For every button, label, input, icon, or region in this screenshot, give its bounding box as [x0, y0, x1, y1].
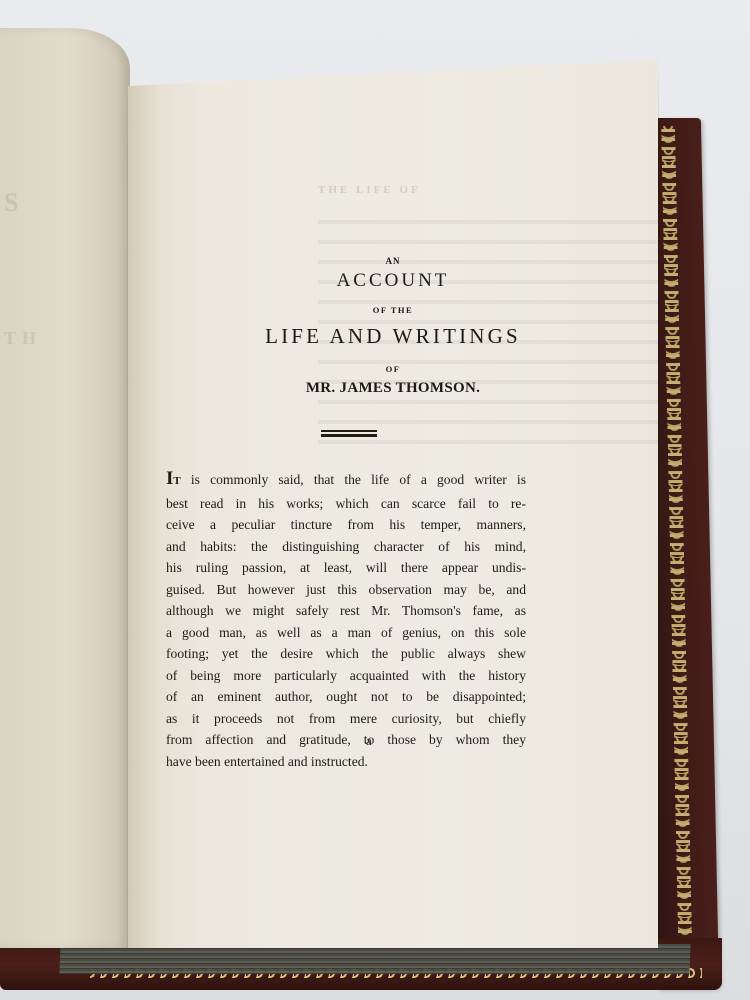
text-line: of an eminent author, ought not to be di… — [166, 686, 526, 708]
text-line: have been entertained and instructed. — [166, 751, 526, 773]
gilt-tooling-border — [661, 126, 693, 978]
page-block-edge — [59, 944, 690, 974]
title-author-name: MR. JAMES THOMSON. — [128, 380, 658, 397]
title-life-and-writings: LIFE AND WRITINGS — [128, 324, 658, 349]
ornamental-double-rule — [321, 430, 377, 437]
drop-cap-tail: T — [173, 475, 180, 487]
reverse-page-running-header: THE LIFE OF — [318, 184, 421, 196]
text-line: IT is commonly said, that the life of a … — [166, 468, 526, 493]
signature-mark: a — [366, 733, 372, 749]
book-photo: S TH THE LIFE OF AN ACCOUNT OF THE LIFE … — [0, 0, 750, 1000]
title-an: AN — [128, 256, 658, 266]
text-line: from affection and gratitude, to those b… — [166, 729, 526, 751]
text-line: of being more particularly acquainted wi… — [166, 665, 526, 687]
text-line: ceive a peculiar tincture from his tempe… — [166, 514, 526, 536]
text-line: although we might safely rest Mr. Thomso… — [166, 600, 526, 622]
title-of-the: OF THE — [128, 305, 658, 315]
title-account: ACCOUNT — [128, 270, 658, 292]
bleed-through-text: TH — [4, 328, 42, 349]
body-paragraph: IT is commonly said, that the life of a … — [166, 468, 526, 772]
text-line: and habits: the distinguishing character… — [166, 536, 526, 558]
text-line: best read in his works; which can scarce… — [166, 493, 526, 515]
text-line: a good man, as well as a man of genius, … — [166, 622, 526, 644]
text-line: his ruling passion, at least, will there… — [166, 557, 526, 579]
text-line: as it proceeds not from mere curiosity, … — [166, 708, 526, 730]
text-line: footing; yet the desire which the public… — [166, 643, 526, 665]
bleed-through-text: S — [4, 188, 24, 218]
text-line: guised. But however just this observatio… — [166, 579, 526, 601]
right-page: THE LIFE OF AN ACCOUNT OF THE LIFE AND W… — [128, 60, 658, 948]
title-of: OF — [128, 364, 658, 374]
left-page: S TH — [0, 28, 130, 948]
